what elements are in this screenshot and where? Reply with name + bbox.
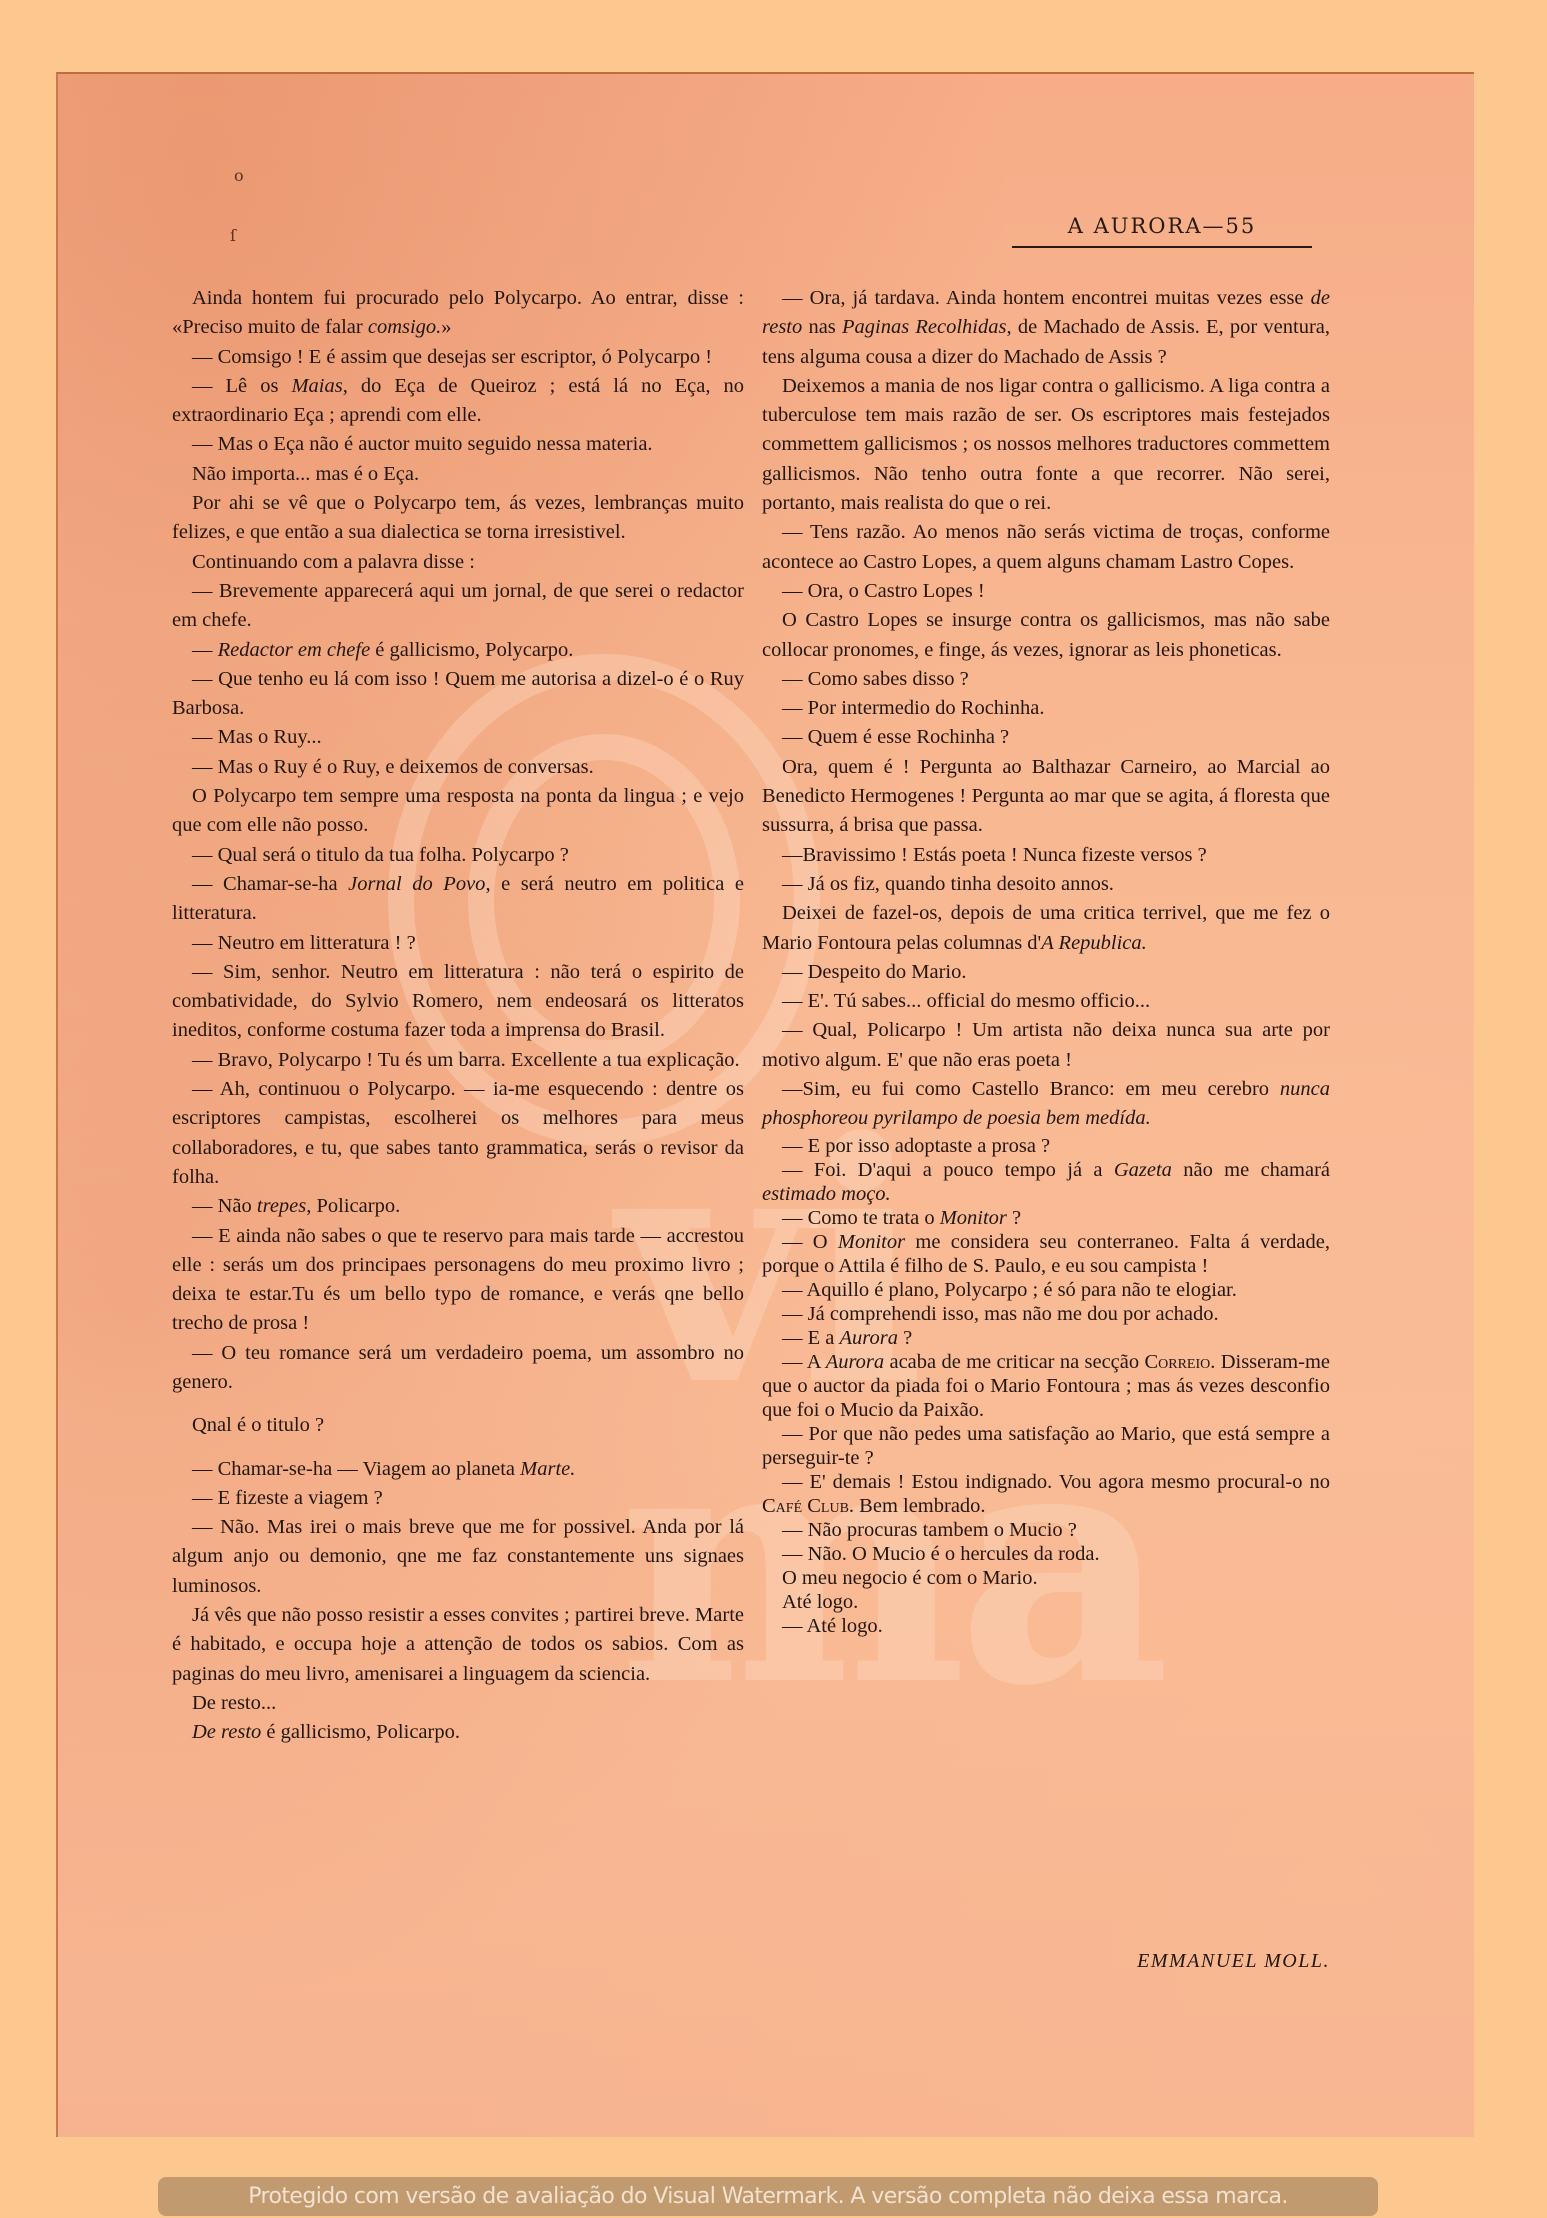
paragraph: — E'. Tú sabes... official do mesmo offi… bbox=[762, 987, 1330, 1016]
text-run: Deixemos a mania de nos ligar contra o g… bbox=[762, 375, 1330, 514]
paragraph: —Bravissimo ! Estás poeta ! Nunca fizest… bbox=[762, 841, 1330, 870]
paragraph: — Comsigo ! E é assim que desejas ser es… bbox=[172, 343, 744, 372]
paragraph: — Como sabes disso ? bbox=[762, 665, 1330, 694]
text-run: — Brevemente apparecerá aqui um jornal, … bbox=[172, 580, 744, 631]
text-run: — Não. Mas irei o mais breve que me for … bbox=[172, 1516, 744, 1597]
small-caps-text: Café Club bbox=[762, 1495, 849, 1517]
text-run: , Policarpo. bbox=[306, 1195, 400, 1217]
article-column-right: — Ora, já tardava. Ainda hontem encontre… bbox=[762, 284, 1330, 1638]
text-run: ? bbox=[898, 1327, 912, 1349]
paragraph: Continuando com a palavra disse : bbox=[172, 548, 744, 577]
text-run: — E por isso adoptaste a prosa ? bbox=[782, 1135, 1050, 1157]
paragraph: De resto é gallicismo, Policarpo. bbox=[172, 1718, 744, 1747]
text-run: ? bbox=[1007, 1207, 1021, 1229]
text-run: — Não procuras tambem o Mucio ? bbox=[782, 1519, 1077, 1541]
paragraph: — O teu romance será um verdadeiro poema… bbox=[172, 1339, 744, 1398]
article-column-left: Ainda hontem fui procurado pelo Polycarp… bbox=[172, 284, 744, 1748]
text-run: — Chamar-se-ha bbox=[192, 873, 348, 895]
text-run: — O bbox=[782, 1231, 838, 1253]
paragraph: Ora, quem é ! Pergunta ao Balthazar Carn… bbox=[762, 753, 1330, 841]
text-run: — bbox=[192, 639, 218, 661]
text-run: — Tens razão. Ao menos não serás victima… bbox=[762, 521, 1330, 572]
author-signature: EMMANUEL MOLL. bbox=[1030, 1950, 1330, 1973]
text-run: — Bravo, Polycarpo ! Tu és um barra. Exc… bbox=[192, 1049, 740, 1071]
italic-text: Paginas Recolhidas bbox=[842, 316, 1007, 338]
watermark-notice: Protegido com versão de avaliação do Vis… bbox=[158, 2177, 1378, 2216]
text-run: —Sim, eu fui como Castello Branco: em me… bbox=[782, 1078, 1280, 1100]
paragraph: O Castro Lopes se insurge contra os gall… bbox=[762, 606, 1330, 665]
text-run: — Já os fiz, quando tinha desoito annos. bbox=[782, 873, 1114, 895]
paragraph: — E fizeste a viagem ? bbox=[172, 1484, 744, 1513]
text-run: — Qual, Policarpo ! Um artista não deixa… bbox=[762, 1019, 1330, 1070]
text-run: é gallicismo, Policarpo. bbox=[261, 1721, 460, 1743]
text-run: — Como te trata o bbox=[782, 1207, 940, 1229]
text-run: — Não bbox=[192, 1195, 257, 1217]
paragraph: — Sim, senhor. Neutro em litteratura : n… bbox=[172, 958, 744, 1046]
text-run: Ora, quem é ! Pergunta ao Balthazar Carn… bbox=[762, 756, 1330, 837]
text-run: Por ahi se vê que o Polycarpo tem, ás ve… bbox=[172, 492, 744, 543]
paragraph: — Qual, Policarpo ! Um artista não deixa… bbox=[762, 1016, 1330, 1075]
text-run: » bbox=[441, 316, 451, 338]
italic-text: Redactor em chefe bbox=[218, 639, 371, 661]
paragraph: Por ahi se vê que o Polycarpo tem, ás ve… bbox=[172, 489, 744, 548]
paragraph: — E ainda não sabes o que te reservo par… bbox=[172, 1222, 744, 1339]
text-run: — Aquillo é plano, Polycarpo ; é só para… bbox=[782, 1279, 1237, 1301]
italic-text: Monitor bbox=[838, 1231, 905, 1253]
italic-text: Gazeta bbox=[1114, 1159, 1172, 1181]
paragraph: — Que tenho eu lá com isso ! Quem me aut… bbox=[172, 665, 744, 724]
text-run: — Mas o Ruy... bbox=[192, 726, 322, 748]
paragraph: — A Aurora acaba de me criticar na secçã… bbox=[762, 1350, 1330, 1422]
paragraph: — Por que não pedes uma satisfação ao Ma… bbox=[762, 1422, 1330, 1470]
text-run: Até logo. bbox=[782, 1591, 858, 1613]
paragraph: — Ora, o Castro Lopes ! bbox=[762, 577, 1330, 606]
paragraph: — Já comprehendi isso, mas não me dou po… bbox=[762, 1302, 1330, 1326]
italic-text: Marte. bbox=[520, 1458, 575, 1480]
text-run: Qnal é o titulo ? bbox=[192, 1414, 324, 1436]
running-head: A AURORA—55 bbox=[1012, 214, 1312, 248]
text-run: — Lê os bbox=[192, 375, 291, 397]
italic-text: comsigo. bbox=[368, 316, 441, 338]
text-run: . Bem lembrado. bbox=[849, 1495, 986, 1517]
paragraph: — Não. O Mucio é o hercules da roda. bbox=[762, 1542, 1330, 1566]
text-run: — Neutro em litteratura ! ? bbox=[192, 932, 416, 954]
text-run: O Polycarpo tem sempre uma resposta na p… bbox=[172, 785, 744, 836]
paragraph: — Já os fiz, quando tinha desoito annos. bbox=[762, 870, 1330, 899]
text-run: nas bbox=[802, 316, 842, 338]
paragraph: — Aquillo é plano, Polycarpo ; é só para… bbox=[762, 1278, 1330, 1302]
text-run: — Ora, já tardava. Ainda hontem encontre… bbox=[782, 287, 1311, 309]
paragraph: —Sim, eu fui como Castello Branco: em me… bbox=[762, 1075, 1330, 1134]
text-run: Ainda hontem fui procurado pelo Polycarp… bbox=[172, 287, 744, 338]
text-run: acaba de me criticar na secção bbox=[884, 1351, 1144, 1373]
paragraph: Não importa... mas é o Eça. bbox=[172, 460, 744, 489]
text-run: — E' demais ! Estou indignado. Vou agora… bbox=[782, 1471, 1330, 1493]
paragraph: — Bravo, Polycarpo ! Tu és um barra. Exc… bbox=[172, 1046, 744, 1075]
paragraph: — Até logo. bbox=[762, 1614, 1330, 1638]
italic-text: trepes bbox=[257, 1195, 306, 1217]
paragraph: — Brevemente apparecerá aqui um jornal, … bbox=[172, 577, 744, 636]
italic-text: Aurora bbox=[840, 1327, 898, 1349]
text-run: Continuando com a palavra disse : bbox=[192, 551, 475, 573]
paragraph: — Neutro em litteratura ! ? bbox=[172, 929, 744, 958]
text-run: — Como sabes disso ? bbox=[782, 668, 969, 690]
paragraph: O meu negocio é com o Mario. bbox=[762, 1566, 1330, 1590]
italic-text: Aurora bbox=[826, 1351, 884, 1373]
text-run: — Quem é esse Rochinha ? bbox=[782, 726, 1009, 748]
paragraph: — Quem é esse Rochinha ? bbox=[762, 723, 1330, 752]
paragraph: Qnal é o titulo ? bbox=[172, 1411, 744, 1440]
print-speck: o bbox=[234, 166, 244, 185]
italic-text: estimado moço. bbox=[762, 1183, 891, 1205]
paragraph: — Qual será o titulo da tua folha. Polyc… bbox=[172, 841, 744, 870]
paragraph: — Como te trata o Monitor ? bbox=[762, 1206, 1330, 1230]
text-run: — Mas o Ruy é o Ruy, e deixemos de conve… bbox=[192, 756, 594, 778]
paragraph: Deixei de fazel-os, depois de uma critic… bbox=[762, 899, 1330, 958]
text-run: — Até logo. bbox=[782, 1615, 883, 1637]
paragraph: — E' demais ! Estou indignado. Vou agora… bbox=[762, 1470, 1330, 1518]
text-run: — Sim, senhor. Neutro em litteratura : n… bbox=[172, 961, 744, 1042]
text-run: — Chamar-se-ha — Viagem ao planeta bbox=[192, 1458, 520, 1480]
italic-text: A Republica. bbox=[1041, 932, 1147, 954]
text-run: — Ah, continuou o Polycarpo. — ia-me esq… bbox=[172, 1078, 744, 1188]
paragraph: — E por isso adoptaste a prosa ? bbox=[762, 1134, 1330, 1158]
text-run: — A bbox=[782, 1351, 826, 1373]
paragraph: — Mas o Ruy... bbox=[172, 723, 744, 752]
text-run: é gallicismo, Polycarpo. bbox=[370, 639, 573, 661]
paragraph: — Lê os Maias, do Eça de Queiroz ; está … bbox=[172, 372, 744, 431]
paragraph: — Chamar-se-ha Jornal do Povo, e será ne… bbox=[172, 870, 744, 929]
paragraph: — Chamar-se-ha — Viagem ao planeta Marte… bbox=[172, 1455, 744, 1484]
text-run: — Por intermedio do Rochinha. bbox=[782, 697, 1044, 719]
paragraph: — Redactor em chefe é gallicismo, Polyca… bbox=[172, 636, 744, 665]
text-run: Já vês que não posso resistir a esses co… bbox=[172, 1604, 744, 1685]
paragraph: — Não procuras tambem o Mucio ? bbox=[762, 1518, 1330, 1542]
text-run: O Castro Lopes se insurge contra os gall… bbox=[762, 609, 1330, 660]
paragraph: De resto... bbox=[172, 1689, 744, 1718]
text-run: — Ora, o Castro Lopes ! bbox=[782, 580, 985, 602]
text-run: — Já comprehendi isso, mas não me dou po… bbox=[782, 1303, 1219, 1325]
text-run: — E a bbox=[782, 1327, 840, 1349]
text-run: — O teu romance será um verdadeiro poema… bbox=[172, 1342, 744, 1393]
paragraph: — Não. Mas irei o mais breve que me for … bbox=[172, 1513, 744, 1601]
paragraph: — Por intermedio do Rochinha. bbox=[762, 694, 1330, 723]
paragraph: — Ora, já tardava. Ainda hontem encontre… bbox=[762, 284, 1330, 372]
text-run: De resto... bbox=[192, 1692, 276, 1714]
text-run: — Mas o Eça não é auctor muito seguido n… bbox=[192, 433, 653, 455]
paragraph: Deixemos a mania de nos ligar contra o g… bbox=[762, 372, 1330, 518]
paragraph: — Ah, continuou o Polycarpo. — ia-me esq… bbox=[172, 1075, 744, 1192]
paragraph: — Não trepes, Policarpo. bbox=[172, 1192, 744, 1221]
paragraph: — E a Aurora ? bbox=[762, 1326, 1330, 1350]
paragraph: — Mas o Eça não é auctor muito seguido n… bbox=[172, 430, 744, 459]
text-run: — Qual será o titulo da tua folha. Polyc… bbox=[192, 844, 569, 866]
italic-text: De resto bbox=[192, 1721, 261, 1743]
text-run: — E fizeste a viagem ? bbox=[192, 1487, 383, 1509]
text-run: — Por que não pedes uma satisfação ao Ma… bbox=[762, 1423, 1330, 1469]
paragraph: Ainda hontem fui procurado pelo Polycarp… bbox=[172, 284, 744, 343]
small-caps-text: Correio bbox=[1144, 1351, 1210, 1373]
paragraph: — Mas o Ruy é o Ruy, e deixemos de conve… bbox=[172, 753, 744, 782]
text-run: O meu negocio é com o Mario. bbox=[782, 1567, 1038, 1589]
paragraph: O Polycarpo tem sempre uma resposta na p… bbox=[172, 782, 744, 841]
text-run: — E ainda não sabes o que te reservo par… bbox=[172, 1225, 744, 1335]
text-run: — Foi. D'aqui a pouco tempo já a bbox=[782, 1159, 1114, 1181]
italic-text: Monitor bbox=[940, 1207, 1007, 1229]
italic-text: Jornal do Povo bbox=[348, 873, 485, 895]
text-run: — Não. O Mucio é o hercules da roda. bbox=[782, 1543, 1100, 1565]
print-speck: ſ bbox=[230, 226, 236, 245]
paragraph: — O Monitor me considera seu conterraneo… bbox=[762, 1230, 1330, 1278]
text-run: — Que tenho eu lá com isso ! Quem me aut… bbox=[172, 668, 744, 719]
italic-text: Maias bbox=[291, 375, 342, 397]
text-run: —Bravissimo ! Estás poeta ! Nunca fizest… bbox=[782, 844, 1207, 866]
text-run: — E'. Tú sabes... official do mesmo offi… bbox=[782, 990, 1150, 1012]
paragraph: Até logo. bbox=[762, 1590, 1330, 1614]
paragraph: Já vês que não posso resistir a esses co… bbox=[172, 1601, 744, 1689]
paragraph: — Tens razão. Ao menos não serás victima… bbox=[762, 518, 1330, 577]
text-run: — Despeito do Mario. bbox=[782, 961, 966, 983]
paragraph: — Despeito do Mario. bbox=[762, 958, 1330, 987]
paragraph: — Foi. D'aqui a pouco tempo já a Gazeta … bbox=[762, 1158, 1330, 1206]
text-run: não me chamará bbox=[1172, 1159, 1330, 1181]
text-run: Não importa... mas é o Eça. bbox=[192, 463, 419, 485]
text-run: — Comsigo ! E é assim que desejas ser es… bbox=[192, 346, 712, 368]
